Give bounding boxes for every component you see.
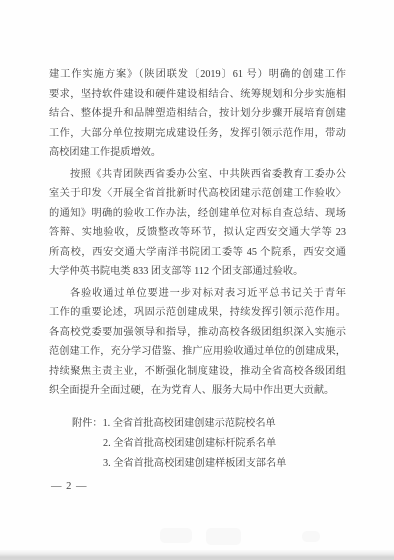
body-line: 高校团建工作提质增效。 [49, 143, 346, 163]
body-line: 的通知》明确的验收工作办法，经创建单位对标自查总结、现场 [49, 204, 346, 224]
body-line: 工作，大部分单位按期完成建设任务，发挥引领示范作用，带动 [49, 124, 346, 144]
document-body: 建工作实施方案》（陕团联发〔2019〕61 号）明确的创建工作要求，坚持软件建设… [49, 65, 346, 474]
scan-edge [0, 550, 394, 560]
body-line: 各验收通过单位要进一步对标对表习近平总书记关于青年 [49, 284, 346, 304]
body-line: 室关于印发〈开展全省首批新时代高校团建示范创建工作验收〉 [49, 184, 346, 204]
body-line: 大学仲英书院电类 833 团支部等 112 个团支部通过验收。 [49, 262, 346, 282]
attachment-item: 附件：1. 全省首批高校团建创建示范院校名单 [49, 414, 346, 434]
page-number: — 2 — [51, 480, 88, 494]
body-line: 结合、整体提升和品牌塑造相结合，按计划分步骤开展培育创建 [49, 104, 346, 124]
scan-smudge [206, 528, 241, 545]
body-line: 要求，坚持软件建设和硬件建设相结合、统筹规划和分步实施相 [49, 85, 346, 105]
body-line: 持续聚焦主责主业，不断强化制度建设，推动全省高校各级团组 [49, 362, 346, 382]
paragraph: 按照《共青团陕西省委办公室、中共陕西省委教育工委办公室关于印发〈开展全省首批新时… [49, 165, 346, 282]
attachment-label: 附件： [72, 418, 103, 429]
attachment-item: 3. 全省首批高校团建创建样板团支部名单 [49, 454, 346, 474]
body-line: 所高校，西安交通大学南洋书院团工委等 45 个院系，西安交通 [49, 243, 346, 263]
body-line: 按照《共青团陕西省委办公室、中共陕西省委教育工委办公 [49, 165, 346, 185]
scan-smudge [302, 531, 320, 542]
attachment-list: 附件：1. 全省首批高校团建创建示范院校名单2. 全省首批高校团建创建标杆院系名… [49, 414, 346, 474]
body-line: 织全面提升全面过硬，在为党育人、服务大局中作出更大贡献。 [49, 381, 346, 401]
paragraph: 建工作实施方案》（陕团联发〔2019〕61 号）明确的创建工作要求，坚持软件建设… [49, 65, 346, 163]
body-line: 范创建工作，充分学习借鉴、推广应用验收通过单位的创建成果， [49, 342, 346, 362]
body-line: 各高校党委要加强领导和指导，推动高校各级团组织深入实施示 [49, 323, 346, 343]
paragraph: 各验收通过单位要进一步对标对表习近平总书记关于青年工作的重要论述，巩固示范创建成… [49, 284, 346, 401]
body-line: 建工作实施方案》（陕团联发〔2019〕61 号）明确的创建工作 [49, 65, 346, 85]
scanned-document-page: 建工作实施方案》（陕团联发〔2019〕61 号）明确的创建工作要求，坚持软件建设… [0, 0, 394, 560]
scan-smudge [160, 528, 192, 543]
body-line: 答辩、实地验收，反馈整改等环节，拟认定西安交通大学等 23 [49, 223, 346, 243]
attachment-item: 2. 全省首批高校团建创建标杆院系名单 [49, 434, 346, 454]
body-line: 工作的重要论述，巩固示范创建成果，持续发挥引领示范作用。 [49, 303, 346, 323]
